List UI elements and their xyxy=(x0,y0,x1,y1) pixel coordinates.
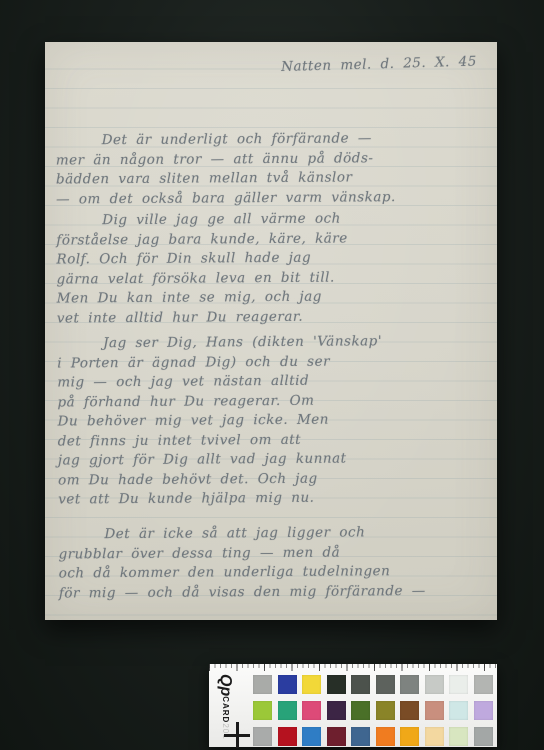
letter-paragraph: Jag ser Dig, Hans (dikten 'Vänskap'i Por… xyxy=(57,331,488,509)
color-patch xyxy=(449,675,468,694)
color-patch xyxy=(327,727,346,746)
color-patch xyxy=(449,701,468,720)
crosshair-mark xyxy=(224,722,250,748)
color-patch xyxy=(474,675,493,694)
color-patch xyxy=(302,701,321,720)
letter-paragraph: Det är icke så att jag ligger ochgrubbla… xyxy=(58,522,489,603)
qpcard-color-reference: QpCARD201 xyxy=(209,664,497,747)
color-patch xyxy=(474,727,493,746)
photographed-letter-scene: Natten mel. d. 25. X. 45 Det är underlig… xyxy=(0,0,544,750)
ruler-ticks xyxy=(209,664,497,672)
letter-paper: Natten mel. d. 25. X. 45 Det är underlig… xyxy=(45,42,497,620)
crosshair-vertical-bar xyxy=(236,722,239,748)
color-patch xyxy=(278,675,297,694)
color-patch xyxy=(400,727,419,746)
letter-line: vet att Du kunde hjälpa mig nu. xyxy=(58,487,488,510)
color-patch xyxy=(425,727,444,746)
color-patch xyxy=(425,675,444,694)
color-patch xyxy=(327,675,346,694)
color-patch xyxy=(400,675,419,694)
qpcard-logo-area: QpCARD201 xyxy=(209,672,253,747)
letter-line: för mig — och då visas den mig förfärand… xyxy=(59,581,489,604)
letter-date: Natten mel. d. 25. X. 45 xyxy=(281,53,477,78)
color-patch xyxy=(302,727,321,746)
color-patch xyxy=(351,727,370,746)
letter-line: — om det också bara gäller varm vänskap. xyxy=(56,187,486,210)
handwritten-letter: Natten mel. d. 25. X. 45 Det är underlig… xyxy=(43,40,499,621)
color-patch xyxy=(253,727,272,746)
color-patch xyxy=(278,701,297,720)
color-patch xyxy=(425,701,444,720)
color-patch xyxy=(376,701,395,720)
color-patch xyxy=(327,701,346,720)
color-patch xyxy=(474,701,493,720)
color-patch xyxy=(302,675,321,694)
color-patch xyxy=(253,701,272,720)
color-patch xyxy=(253,675,272,694)
color-patch xyxy=(400,701,419,720)
qpcard-logo-card: CARD xyxy=(221,696,230,723)
letter-line: vet inte alltid hur Du reagerar. xyxy=(57,306,487,329)
color-patch xyxy=(449,727,468,746)
qpcard-logo-qp: Qp xyxy=(217,674,234,696)
color-patch xyxy=(351,675,370,694)
color-patch xyxy=(278,727,297,746)
letter-paragraph: Dig ville jag ge all värme ochförståelse… xyxy=(56,208,487,328)
color-patch xyxy=(376,675,395,694)
color-patch-grid xyxy=(253,675,493,746)
letter-paragraph: Det är underligt och förfärande —mer än … xyxy=(56,128,487,209)
color-patch xyxy=(351,701,370,720)
color-patch xyxy=(376,727,395,746)
